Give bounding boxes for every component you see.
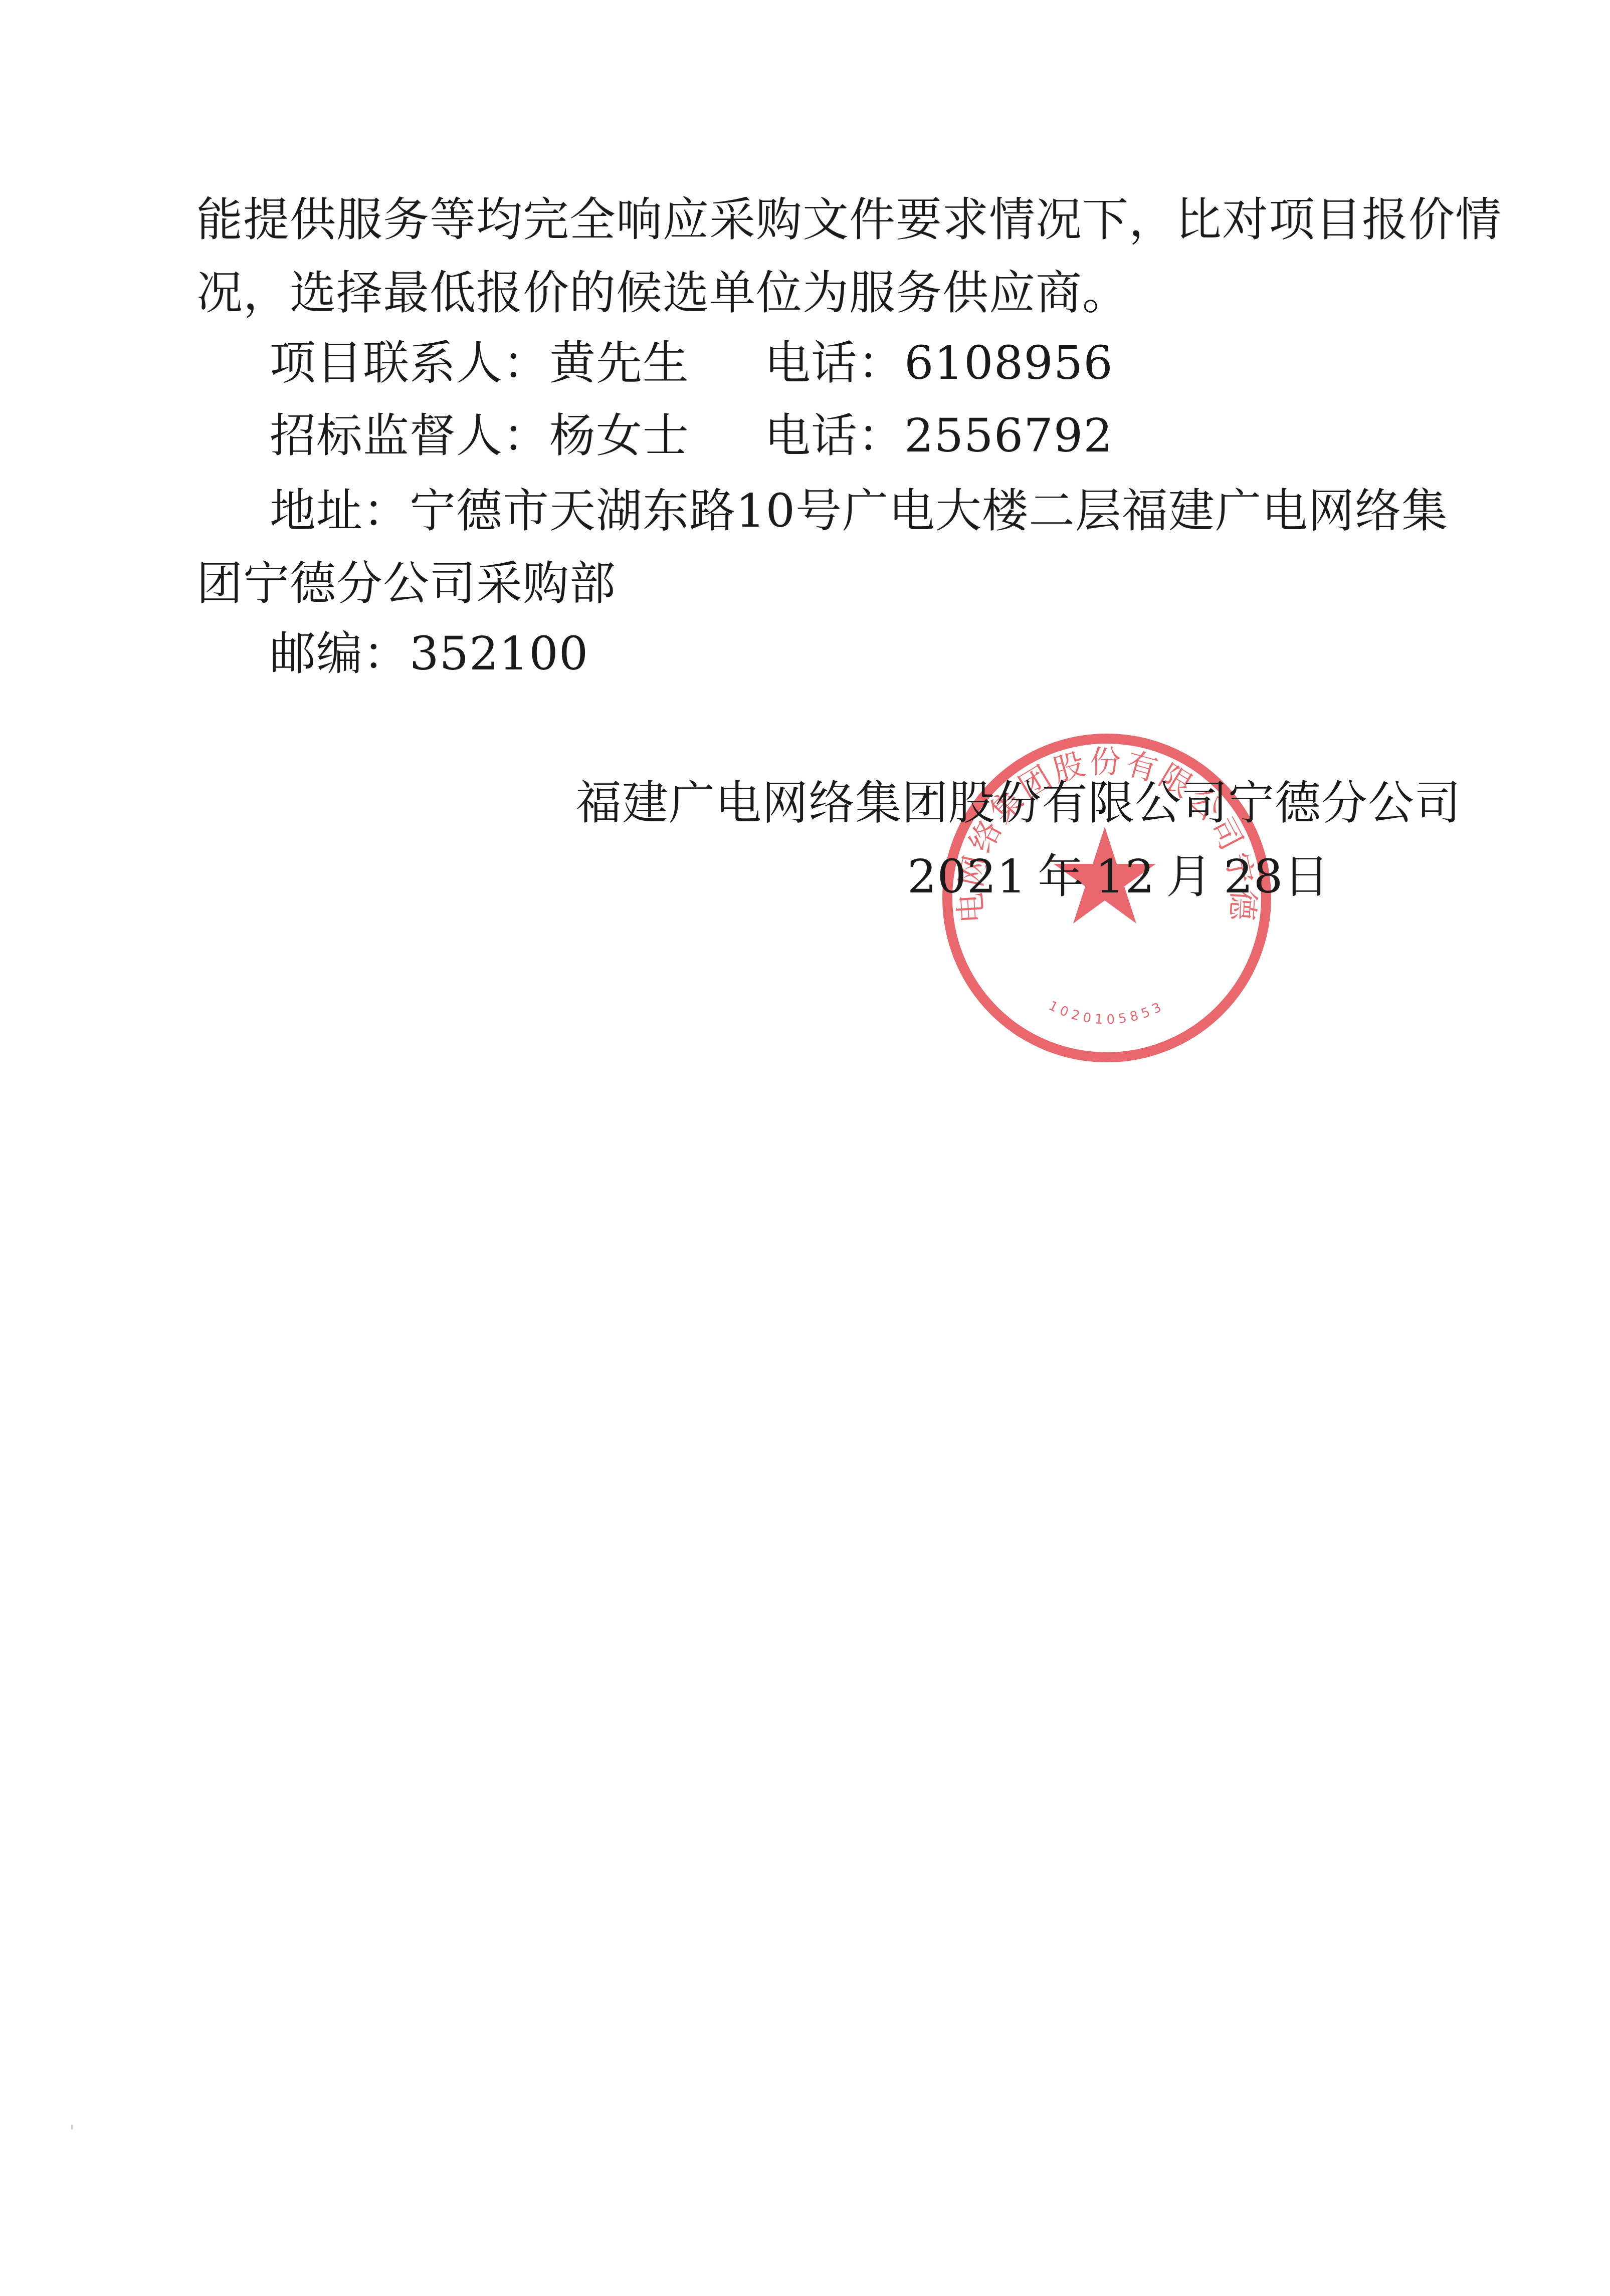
address-text-1: 宁德市天湖东路10号广电大楼二层福建广电网络集 bbox=[410, 484, 1448, 538]
signature-organization: 福建广电网络集团股份有限公司宁德分公司 bbox=[575, 776, 1423, 831]
postal-code: 352100 bbox=[410, 627, 588, 680]
address-label: 地址： bbox=[270, 484, 410, 538]
supervisor-contact-line: 招标监督人：杨女士电话：2556792 bbox=[270, 408, 1113, 464]
supervisor-phone-label: 电话： bbox=[764, 409, 904, 463]
scan-artifact bbox=[71, 2125, 73, 2130]
address-line-1: 地址：宁德市天湖东路10号广电大楼二层福建广电网络集 bbox=[270, 484, 1418, 539]
date-month-unit: 月 bbox=[1166, 850, 1213, 903]
project-contact-phone-label: 电话： bbox=[764, 336, 904, 390]
project-contact-line: 项目联系人：黄先生电话：6108956 bbox=[270, 336, 1113, 391]
body-paragraph-line-2: 况，选择最低报价的候选单位为服务供应商。 bbox=[196, 266, 1129, 321]
supervisor-label: 招标监督人： bbox=[270, 409, 549, 463]
body-paragraph-line-1: 能提供服务等均完全响应采购文件要求情况下，比对项目报价情 bbox=[196, 192, 1425, 248]
document-page: 福建广电网络集团股份有限公司宁德分公司 1020105853 能提供服务等均完全… bbox=[0, 0, 1610, 2296]
supervisor-name: 杨女士 bbox=[549, 409, 689, 463]
date-day-unit: 日 bbox=[1283, 850, 1330, 903]
date-year-unit: 年 bbox=[1038, 850, 1084, 903]
date-month: 12 bbox=[1095, 850, 1155, 903]
supervisor-phone: 2556792 bbox=[904, 409, 1113, 463]
signature-date: 2021年12月28日 bbox=[907, 849, 1330, 904]
project-contact-phone: 6108956 bbox=[904, 336, 1113, 390]
project-contact-label: 项目联系人： bbox=[270, 336, 549, 390]
project-contact-name: 黄先生 bbox=[549, 336, 689, 390]
postal-code-line: 邮编：352100 bbox=[270, 626, 588, 681]
address-line-2: 团宁德分公司采购部 bbox=[196, 556, 616, 611]
postal-label: 邮编： bbox=[270, 627, 410, 680]
date-year: 2021 bbox=[907, 850, 1027, 903]
date-day: 28 bbox=[1224, 850, 1283, 903]
